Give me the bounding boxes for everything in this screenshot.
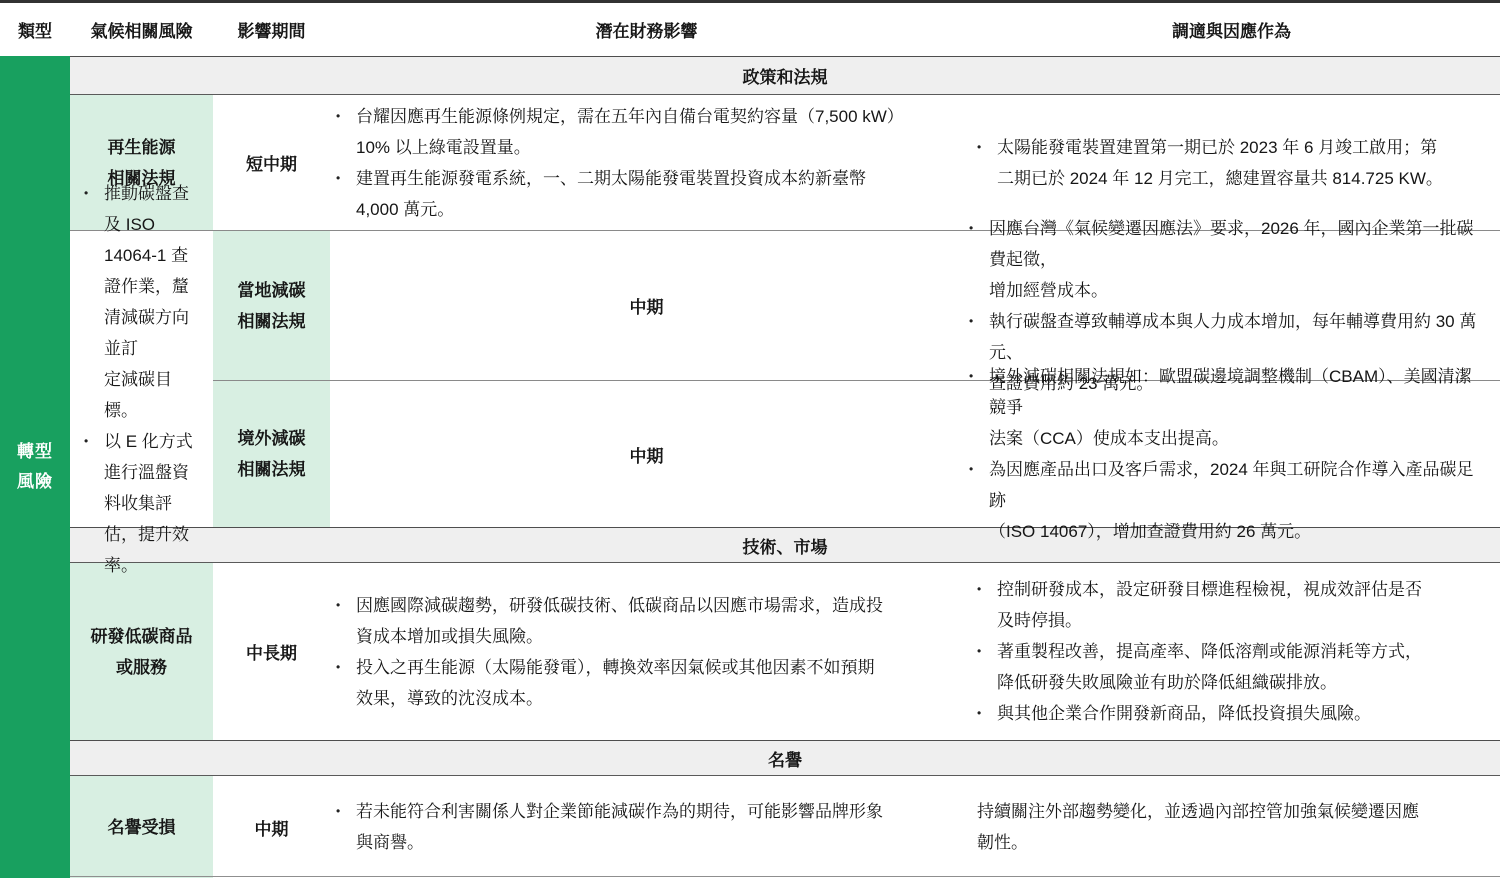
climate-risk-table: 類型 氣候相關風險 影響期間 潛在財務影響 調適與因應作為 轉型 風險 政策和法… xyxy=(0,0,1500,878)
bottom-rule xyxy=(70,876,1500,878)
column-header-period: 影響期間 xyxy=(213,17,330,42)
period-cell: 中期 xyxy=(330,380,963,527)
section-reputation-grid: 名譽受損 中期 若未能符合利害關係人對企業節能減碳作為的期待，可能影響品牌形象 … xyxy=(70,776,1500,878)
bullet-item: 因應國際減碳趨勢，研發低碳技術、低碳商品以因應市場需求，造成投 資成本增加或損失… xyxy=(330,590,949,652)
bullet-item: 著重製程改善，提高產率、降低溶劑或能源消耗等方式， 降低研發失敗風險並有助於降低… xyxy=(963,636,1490,698)
period-cell: 中長期 xyxy=(213,563,330,740)
financial-cell: 境外減碳相關法規如：歐盟碳邊境調整機制（CBAM）、美國清潔競爭 法案（CCA）… xyxy=(963,380,1500,527)
period-cell: 短中期 xyxy=(213,95,330,230)
type-group-label-line: 轉型 xyxy=(17,437,53,467)
column-header-risk: 氣候相關風險 xyxy=(70,17,213,42)
section-tech-grid: 研發低碳商品 或服務 中長期 因應國際減碳趨勢，研發低碳技術、低碳商品以因應市場… xyxy=(70,563,1500,740)
response-cell: 太陽能發電裝置建置第一期已於 2023 年 6 月竣工啟用；第 二期已於 202… xyxy=(963,95,1500,230)
bullet-item: 台耀因應再生能源條例規定，需在五年內自備台電契約容量（7,500 kW） 10%… xyxy=(330,101,949,163)
section-title: 名譽 xyxy=(768,746,802,771)
bullet-item: 以 E 化方式進行溫盤資料收集評估，提升效率。 xyxy=(70,426,203,581)
financial-cell: 若未能符合利害關係人對企業節能減碳作為的期待，可能影響品牌形象 與商譽。 xyxy=(330,776,963,878)
type-group-transition-risk: 轉型 風險 xyxy=(0,56,70,878)
risk-cell: 名譽受損 xyxy=(70,776,213,878)
column-header-row: 類型 氣候相關風險 影響期間 潛在財務影響 調適與因應作為 xyxy=(0,2,1500,56)
section-title: 政策和法規 xyxy=(743,63,828,88)
bullet-item: 與其他企業合作開發新商品，降低投資損失風險。 xyxy=(963,698,1490,729)
risk-cell: 研發低碳商品 或服務 xyxy=(70,563,213,740)
response-text: 持續關注外部趨勢變化，並透過內部控管加強氣候變遷因應 韌性。 xyxy=(963,796,1490,858)
response-cell: 持續關注外部趨勢變化，並透過內部控管加強氣候變遷因應 韌性。 xyxy=(963,776,1500,878)
bullet-item: 控制研發成本，設定研發目標進程檢視，視成效評估是否 及時停損。 xyxy=(963,574,1490,636)
type-group-label-line: 風險 xyxy=(17,467,53,497)
column-header-response: 調適與因應作為 xyxy=(963,17,1500,42)
section-policy-grid: 再生能源 相關法規 短中期 台耀因應再生能源條例規定，需在五年內自備台電契約容量… xyxy=(70,95,1500,527)
risk-cell: 當地減碳 相關法規 xyxy=(213,230,330,380)
column-header-type: 類型 xyxy=(0,17,70,42)
bullet-item: 境外減碳相關法規如：歐盟碳邊境調整機制（CBAM）、美國清潔競爭 法案（CCA）… xyxy=(963,361,1486,454)
bullet-item: 太陽能發電裝置建置第一期已於 2023 年 6 月竣工啟用；第 二期已於 202… xyxy=(963,132,1490,194)
financial-cell: 台耀因應再生能源條例規定，需在五年內自備台電契約容量（7,500 kW） 10%… xyxy=(330,95,963,230)
section-band-policy: 政策和法規 xyxy=(70,56,1500,95)
column-header-financial: 潛在財務影響 xyxy=(330,17,963,42)
table-body: 轉型 風險 政策和法規 再生能源 相關法規 短中期 台耀因應再生能源條例規定，需… xyxy=(0,56,1500,878)
financial-cell: 因應國際減碳趨勢，研發低碳技術、低碳商品以因應市場需求，造成投 資成本增加或損失… xyxy=(330,563,963,740)
bullet-item: 若未能符合利害關係人對企業節能減碳作為的期待，可能影響品牌形象 與商譽。 xyxy=(330,796,949,858)
bullet-item: 建置再生能源發電系統，一、二期太陽能發電裝置投資成本約新臺幣 4,000 萬元。 xyxy=(330,163,949,225)
period-cell: 中期 xyxy=(213,776,330,878)
bullet-item: 推動碳盤查及 ISO 14064-1 查證作業，釐清減碳方向並訂 定減碳目標。 xyxy=(70,178,203,426)
period-cell: 中期 xyxy=(330,230,963,380)
response-cell: 控制研發成本，設定研發目標進程檢視，視成效評估是否 及時停損。 著重製程改善，提… xyxy=(963,563,1500,740)
section-title: 技術、市場 xyxy=(743,533,828,558)
bullet-item: 為因應產品出口及客戶需求，2024 年與工研院合作導入產品碳足跡 （ISO 14… xyxy=(963,454,1486,547)
risk-cell: 境外減碳 相關法規 xyxy=(213,380,330,527)
section-band-reputation: 名譽 xyxy=(70,740,1500,776)
response-cell-merged: 推動碳盤查及 ISO 14064-1 查證作業，釐清減碳方向並訂 定減碳目標。 … xyxy=(70,230,213,527)
bullet-item: 因應台灣《氣候變遷因應法》要求，2026 年，國內企業第一批碳費起徵， 增加經營… xyxy=(963,213,1486,306)
bullet-item: 投入之再生能源（太陽能發電），轉換效率因氣候或其他因素不如預期 效果，導致的沈沒… xyxy=(330,652,949,714)
table-content: 政策和法規 再生能源 相關法規 短中期 台耀因應再生能源條例規定，需在五年內自備… xyxy=(70,56,1500,878)
financial-cell: 因應台灣《氣候變遷因應法》要求，2026 年，國內企業第一批碳費起徵， 增加經營… xyxy=(963,230,1500,380)
